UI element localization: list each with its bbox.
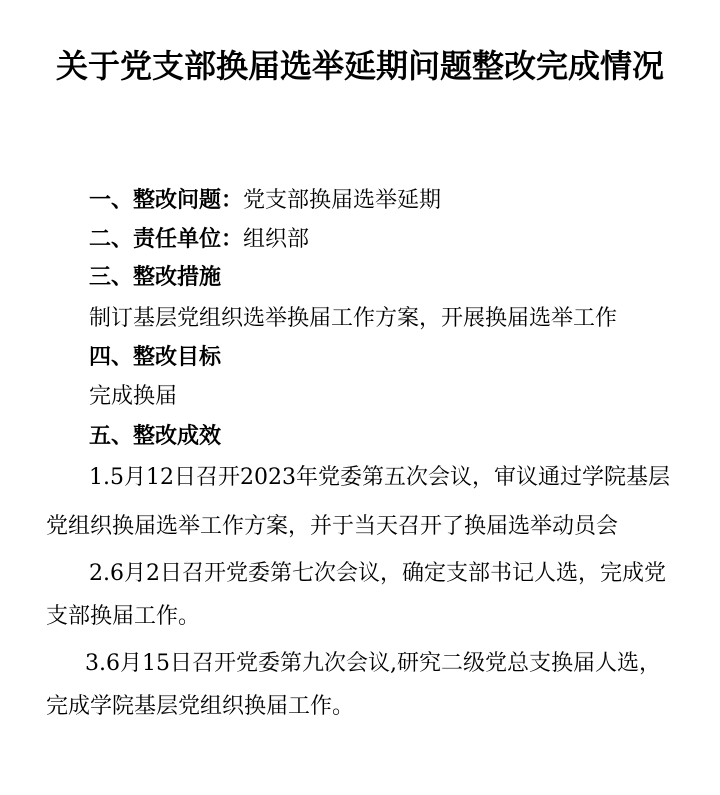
document-title: 关于党支部换届选举延期问题整改完成情况 — [0, 47, 720, 85]
heading-label: 一、整改问题： — [89, 188, 243, 213]
heading-label: 三、整改措施 — [89, 265, 221, 290]
section-heading-problem: 一、整改问题：党支部换届选举延期 — [89, 185, 441, 216]
paragraph-line-result2-a: 2.6月2日召开党委第七次会议，确定支部书记人选，完成党 — [89, 558, 666, 589]
heading-label: 四、整改目标 — [89, 345, 221, 370]
paragraph-line-goal: 完成换届 — [89, 381, 177, 412]
paragraph-line-result3-b: 完成学院基层党组织换届工作。 — [46, 691, 354, 722]
section-heading-unit: 二、责任单位：组织部 — [89, 224, 309, 255]
body-text: 组织部 — [243, 227, 309, 252]
section-heading-measures: 三、整改措施 — [89, 262, 221, 293]
paragraph-line-result2-b: 支部换届工作。 — [46, 601, 200, 632]
paragraph-line-result1-a: 1.5月12日召开2023年党委第五次会议，审议通过学院基层 — [89, 462, 670, 493]
body-text: 1.5月12日召开2023年党委第五次会议，审议通过学院基层 — [89, 465, 670, 490]
section-heading-results: 五、整改成效 — [89, 421, 221, 452]
heading-label: 二、责任单位： — [89, 227, 243, 252]
section-heading-goal: 四、整改目标 — [89, 342, 221, 373]
paragraph-line-measures: 制订基层党组织选举换届工作方案，开展换届选举工作 — [89, 303, 617, 334]
heading-label: 五、整改成效 — [89, 424, 221, 449]
body-text: 支部换届工作。 — [46, 604, 200, 629]
body-text: 完成学院基层党组织换届工作。 — [46, 694, 354, 719]
body-text: 完成换届 — [89, 384, 177, 409]
body-text: 3.6月15日召开党委第九次会议,研究二级党总支换届人选， — [85, 651, 661, 676]
paragraph-line-result3-a: 3.6月15日召开党委第九次会议,研究二级党总支换届人选， — [85, 648, 661, 679]
body-text: 2.6月2日召开党委第七次会议，确定支部书记人选，完成党 — [89, 561, 666, 586]
body-text: 制订基层党组织选举换届工作方案，开展换届选举工作 — [89, 306, 617, 331]
body-text: 党支部换届选举延期 — [243, 188, 441, 213]
document-page: 关于党支部换届选举延期问题整改完成情况 一、整改问题：党支部换届选举延期 二、责… — [0, 0, 720, 795]
body-text: 党组织换届选举工作方案，并于当天召开了换届选举动员会 — [46, 514, 618, 539]
paragraph-line-result1-b: 党组织换届选举工作方案，并于当天召开了换届选举动员会 — [46, 511, 618, 542]
